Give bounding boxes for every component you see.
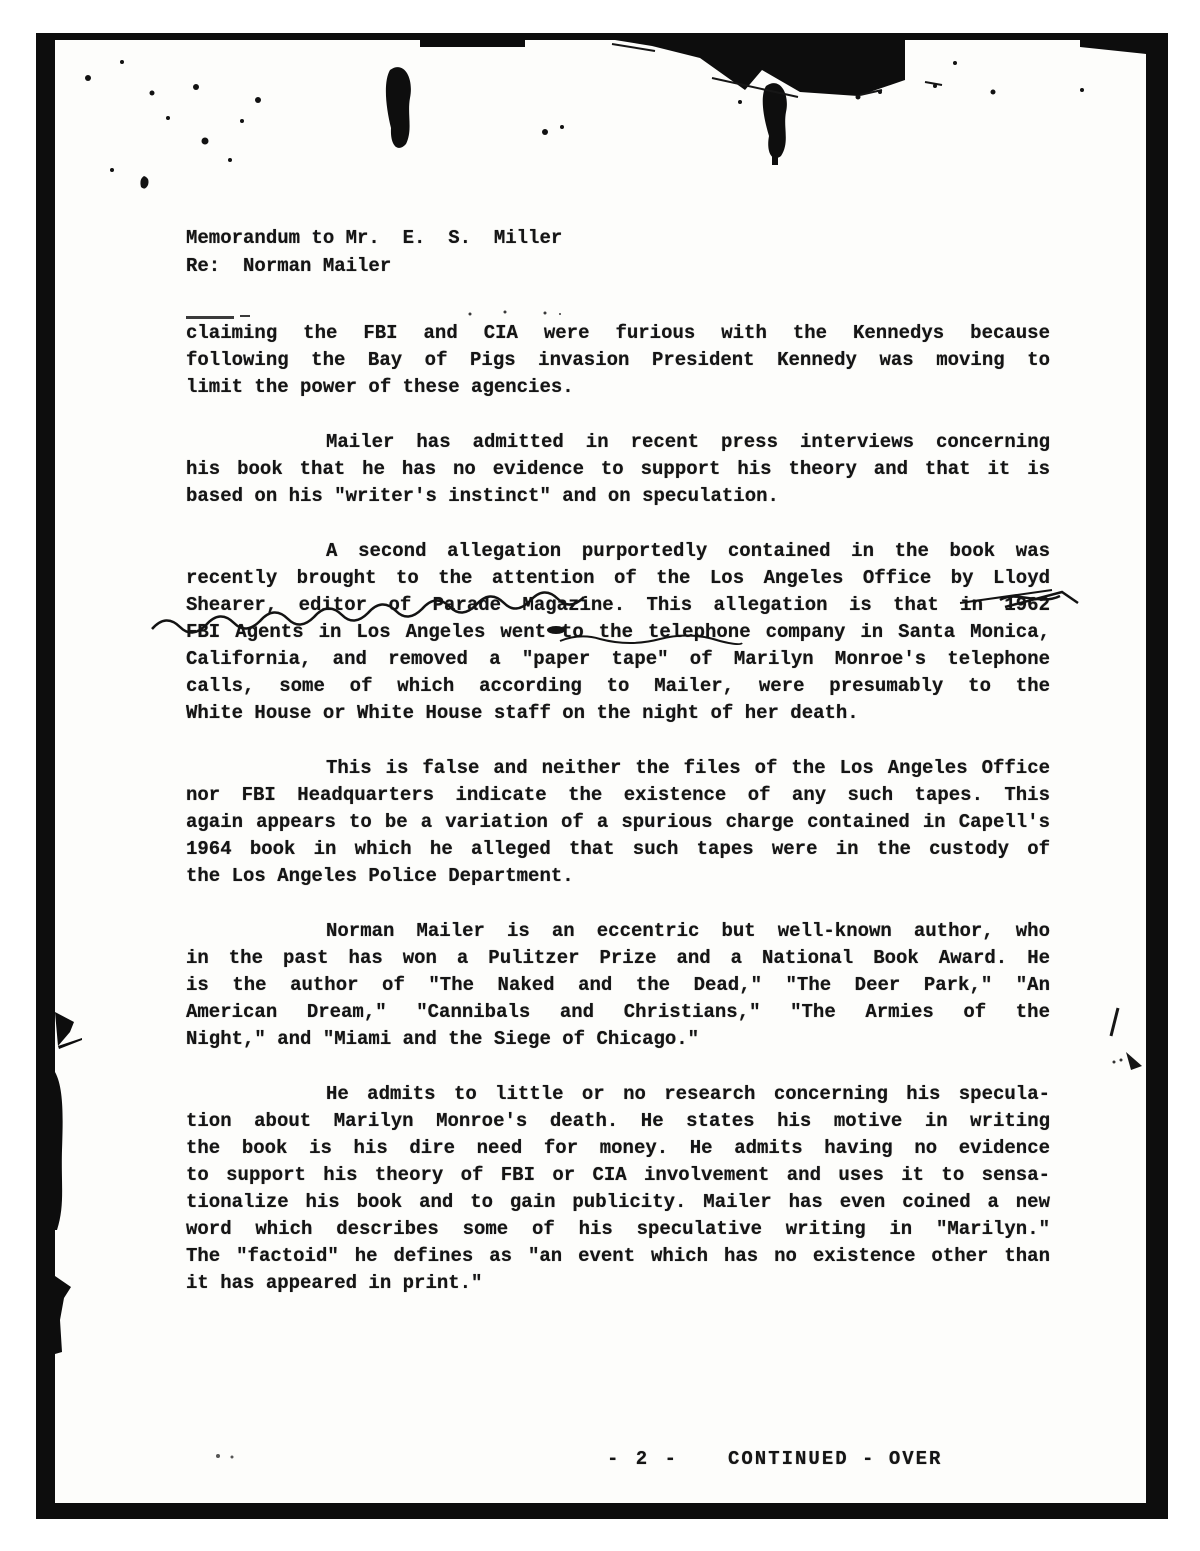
text-line: Mailer has admitted in recent press inte…	[186, 429, 1050, 456]
text-line: following the Bay of Pigs invasion Presi…	[186, 347, 1050, 374]
text-line: word which describes some of his specula…	[186, 1216, 1050, 1243]
text-line: to support his theory of FBI or CIA invo…	[186, 1162, 1050, 1189]
continued-over-label: CONTINUED - OVER	[728, 1448, 942, 1470]
paragraph: claiming the FBI and CIA were furious wi…	[186, 320, 1050, 401]
memo-re-line: Re: Norman Mailer	[186, 252, 562, 280]
text-line: it has appeared in print."	[186, 1270, 1050, 1297]
text-line: American Dream," "Cannibals and Christia…	[186, 999, 1050, 1026]
text-line: FBI Agents in Los Angeles went to the te…	[186, 619, 1050, 646]
text-line: recently brought to the attention of the…	[186, 565, 1050, 592]
text-line: claiming the FBI and CIA were furious wi…	[186, 320, 1050, 347]
text-line: again appears to be a variation of a spu…	[186, 809, 1050, 836]
paragraph: This is false and neither the files of t…	[186, 755, 1050, 890]
text-line: nor FBI Headquarters indicate the existe…	[186, 782, 1050, 809]
text-line: the book is his dire need for money. He …	[186, 1135, 1050, 1162]
paragraph: Norman Mailer is an eccentric but well-k…	[186, 918, 1050, 1053]
text-line: A second allegation purportedly containe…	[186, 538, 1050, 565]
memo-page: Memorandum to Mr. E. S. Miller Re: Norma…	[36, 33, 1168, 1519]
text-line: Night," and "Miami and the Siege of Chic…	[186, 1026, 1050, 1053]
text-line: The "factoid" he defines as "an event wh…	[186, 1243, 1050, 1270]
text-line: California, and removed a "paper tape" o…	[186, 646, 1050, 673]
paragraph: A second allegation purportedly containe…	[186, 538, 1050, 727]
text-line: White House or White House staff on the …	[186, 700, 1050, 727]
text-line: is the author of "The Naked and the Dead…	[186, 972, 1050, 999]
text-line: Norman Mailer is an eccentric but well-k…	[186, 918, 1050, 945]
text-line: limit the power of these agencies.	[186, 374, 1050, 401]
text-line: based on his "writer's instinct" and on …	[186, 483, 1050, 510]
memo-header: Memorandum to Mr. E. S. Miller Re: Norma…	[186, 224, 562, 280]
memo-body: claiming the FBI and CIA were furious wi…	[186, 320, 1050, 1325]
text-line: the Los Angeles Police Department.	[186, 863, 1050, 890]
text-line: Shearer, editor of Parade Magazine. This…	[186, 592, 1050, 619]
text-line: He admits to little or no research conce…	[186, 1081, 1050, 1108]
text-line: tionalize his book and to gain publicity…	[186, 1189, 1050, 1216]
text-line: tion about Marilyn Monroe's death. He st…	[186, 1108, 1050, 1135]
scanned-memo-page: { "colors": { "paper": "#fdfdfb", "ink":…	[0, 0, 1200, 1551]
text-line: calls, some of which according to Mailer…	[186, 673, 1050, 700]
text-line: in the past has won a Pulitzer Prize and…	[186, 945, 1050, 972]
paragraph: He admits to little or no research conce…	[186, 1081, 1050, 1297]
text-line: 1964 book in which he alleged that such …	[186, 836, 1050, 863]
memo-addressee-line: Memorandum to Mr. E. S. Miller	[186, 224, 562, 252]
text-line: his book that he has no evidence to supp…	[186, 456, 1050, 483]
page-number: - 2 -	[607, 1448, 679, 1470]
paragraph: Mailer has admitted in recent press inte…	[186, 429, 1050, 510]
text-line: This is false and neither the files of t…	[186, 755, 1050, 782]
